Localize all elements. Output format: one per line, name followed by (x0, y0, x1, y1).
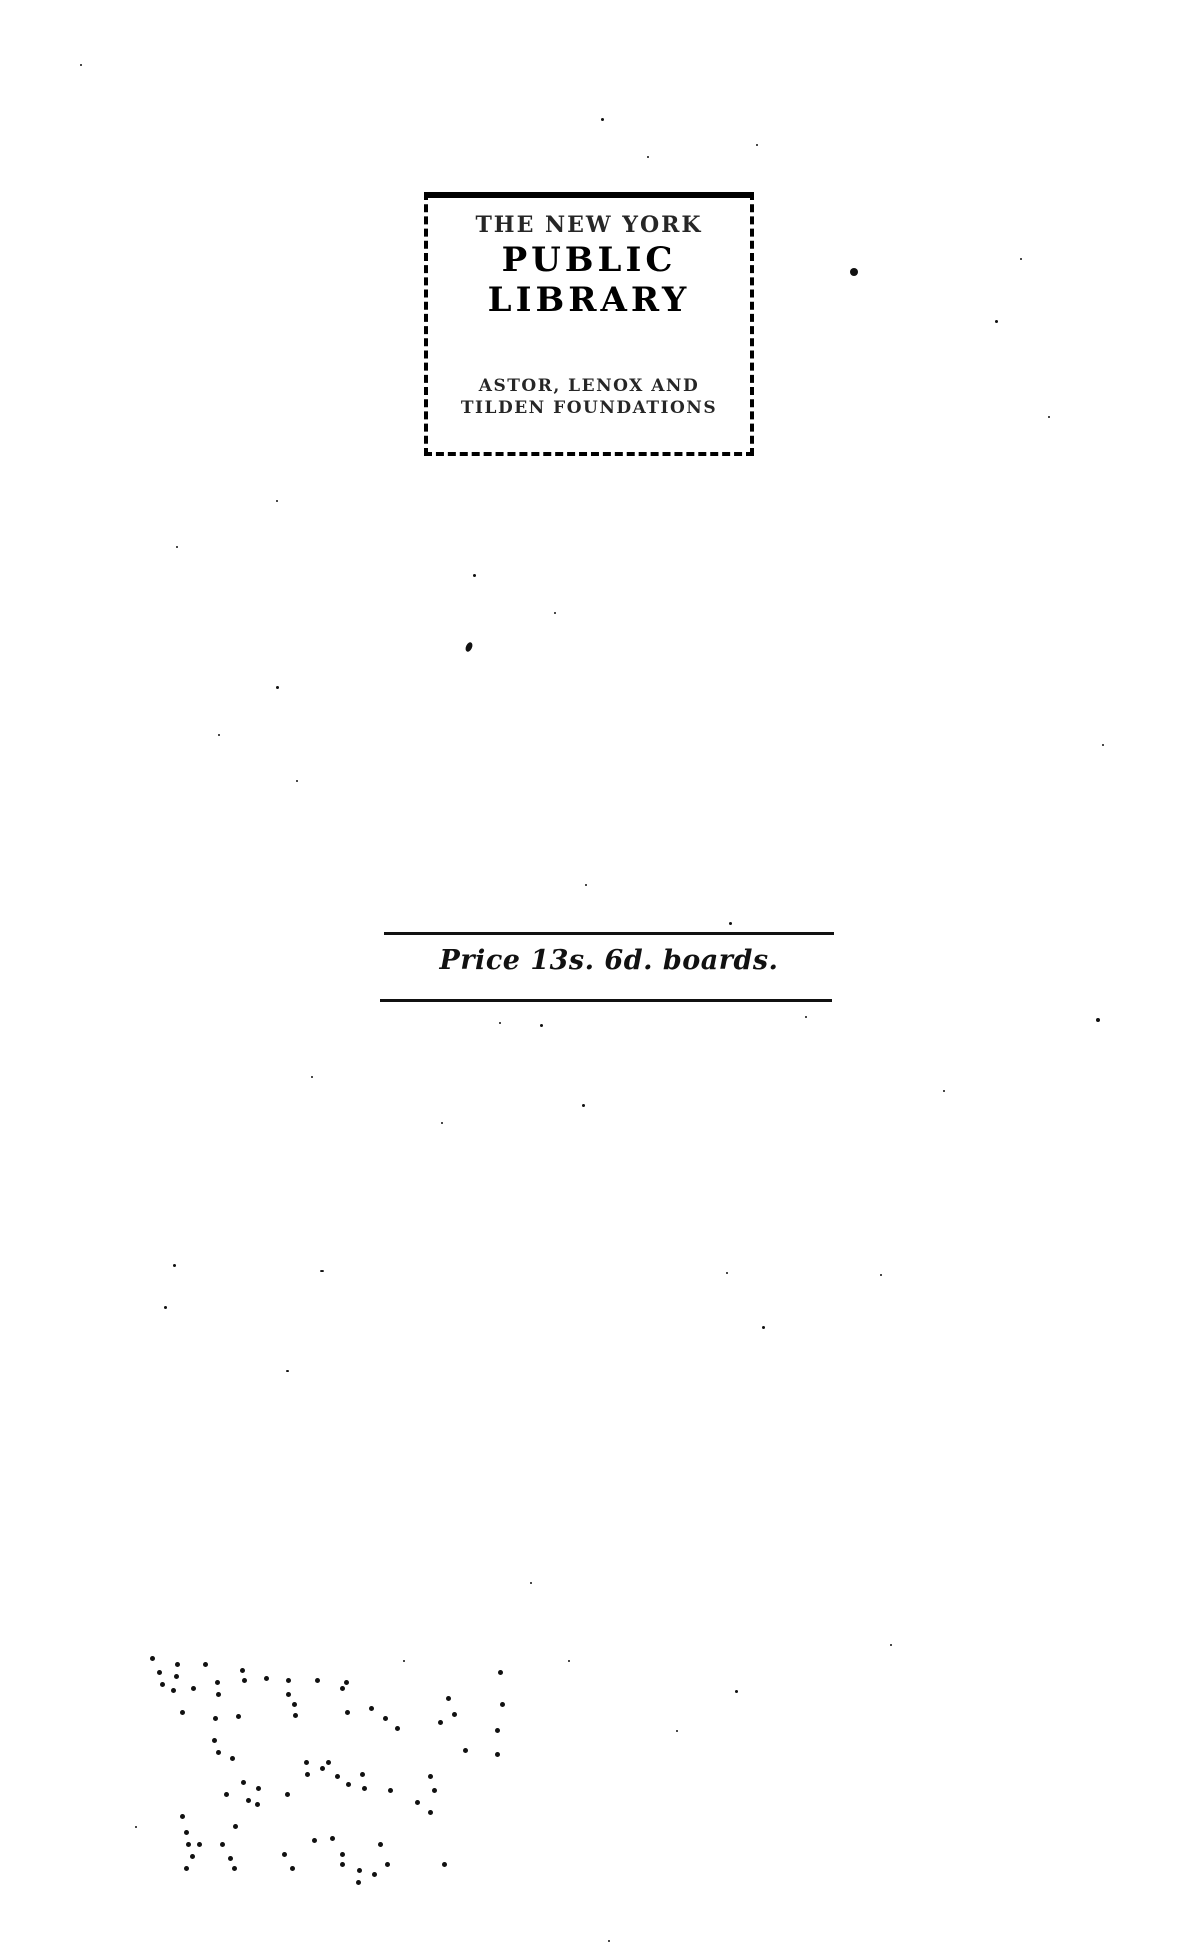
library-stamp: THE NEW YORK PUBLIC LIBRARY ASTOR, LENOX… (424, 192, 754, 456)
scanned-page: THE NEW YORK PUBLIC LIBRARY ASTOR, LENOX… (0, 0, 1200, 1955)
price-line: Price 13s. 6d. boards. (384, 945, 834, 976)
stamp-line-4: TILDEN FOUNDATIONS (428, 398, 750, 418)
price-rule-top (384, 932, 834, 935)
stamp-line-3: ASTOR, LENOX AND (428, 376, 750, 396)
price-rule-bottom (380, 999, 832, 1002)
stamp-line-2: PUBLIC LIBRARY (428, 240, 750, 320)
stamp-line-1: THE NEW YORK (428, 212, 750, 238)
